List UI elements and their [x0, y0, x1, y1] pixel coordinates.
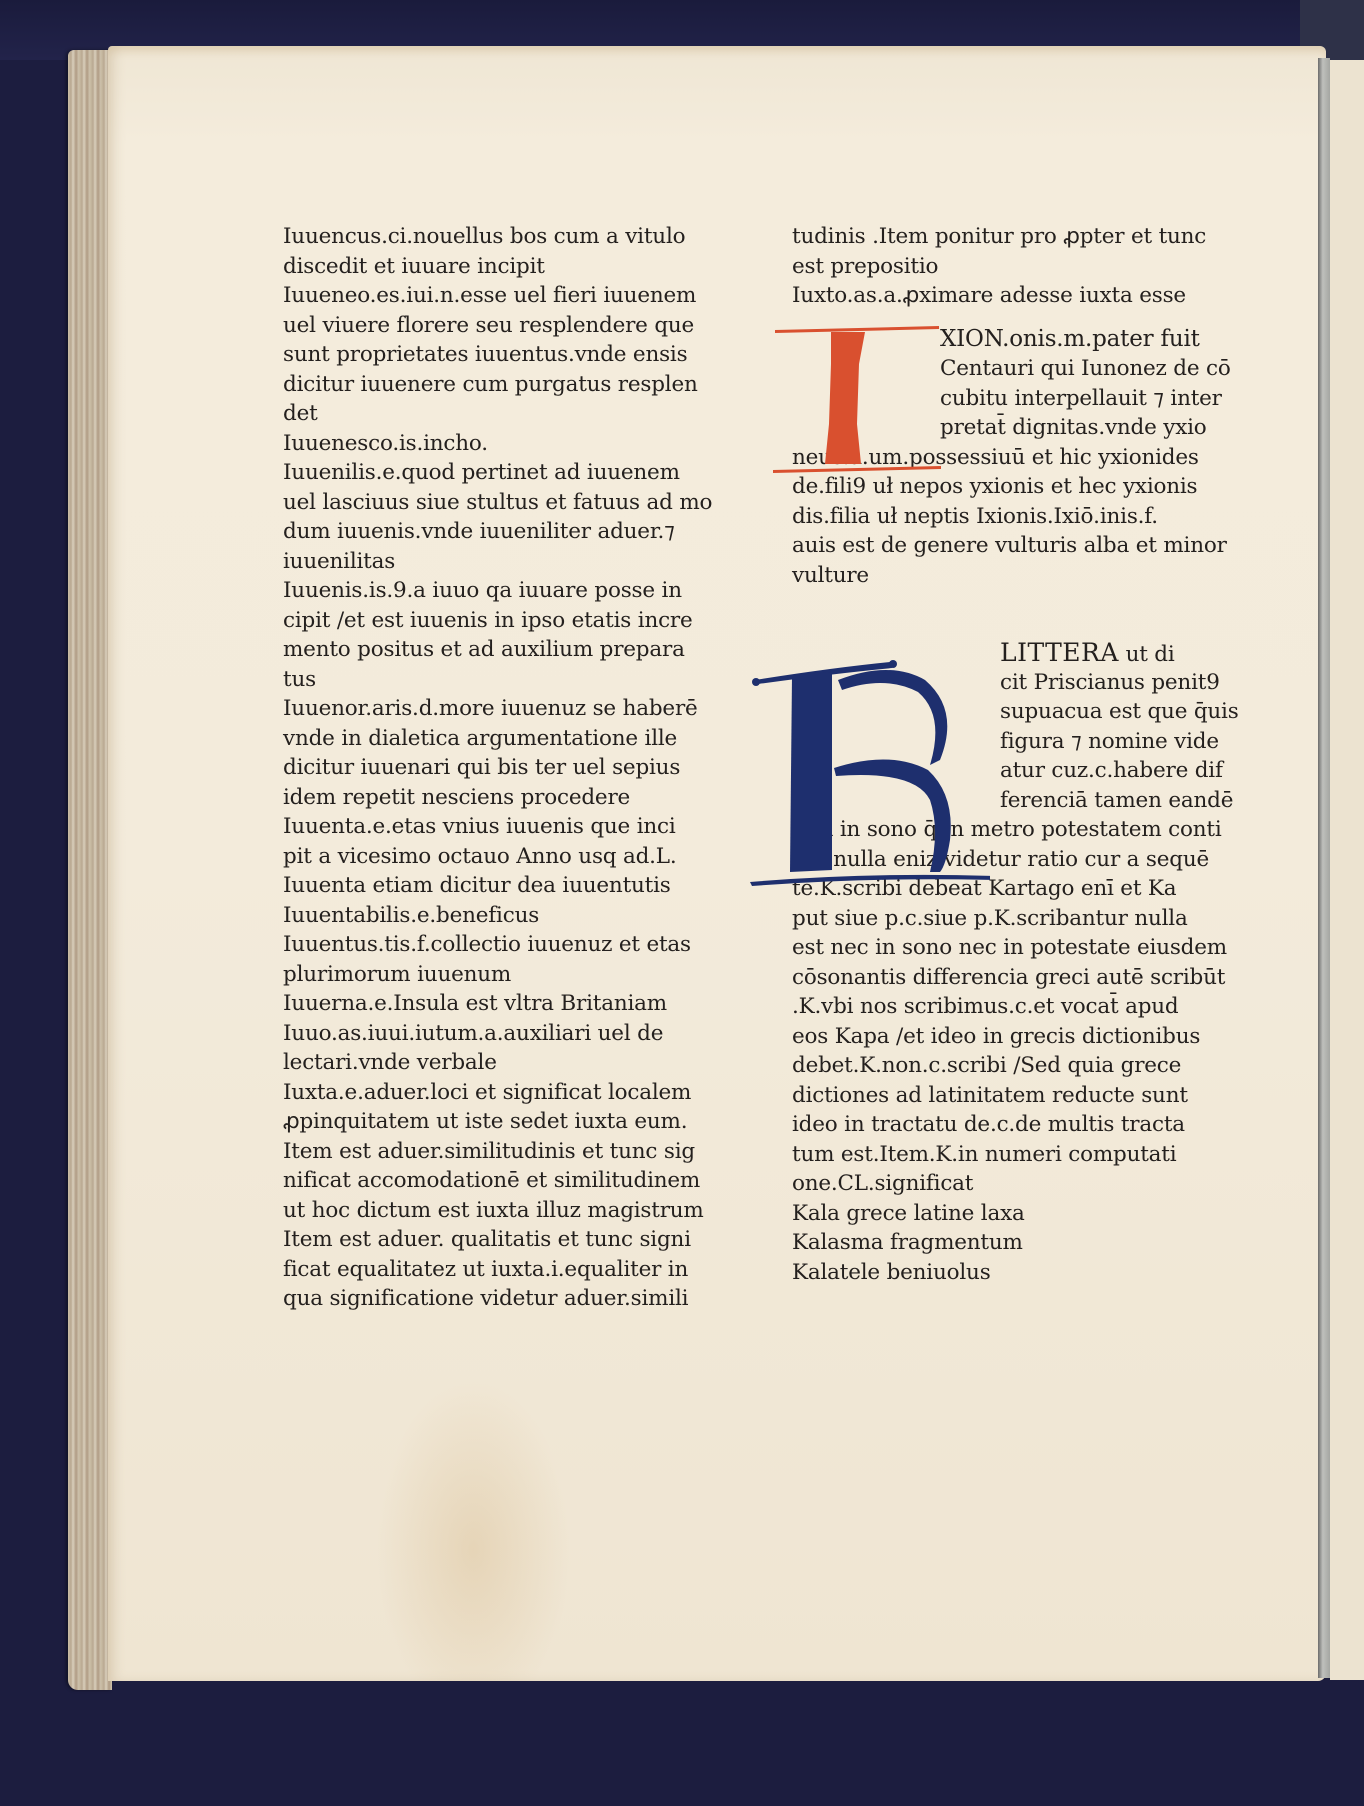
red-initial-i-icon [773, 324, 941, 474]
text-line: Iuxto.as.a.ꝓximare adesse iuxta esse [792, 281, 1242, 311]
text-line: Item est aduer. qualitatis et tunc signi [283, 1225, 723, 1255]
text-line: dum iuuenis.vnde iuueniliter aduer.⁊ [283, 517, 723, 547]
littera-heading: LITTERA [1000, 638, 1119, 667]
text-line: Iuuenis.is.9.a iuuo qa iuuare posse in [283, 576, 723, 606]
text-line: Iuueneo.es.iui.n.esse uel fieri iuuenem [283, 281, 723, 311]
text-line: iuuenilitas [283, 547, 723, 577]
page-fore-edge [68, 50, 112, 1690]
text-line: plurimorum iuuenum [283, 960, 723, 990]
text-line: tudinis .Item ponitur pro ꝓpter et tunc [792, 222, 1242, 252]
text-line: nificat accomodationē et similitudinem [283, 1166, 723, 1196]
text-line: ideo in tractatu de.c.de multis tracta [792, 1110, 1242, 1140]
text-line: Iuuenesco.is.incho. [283, 429, 723, 459]
text-line: Iuuo.as.iuui.iutum.a.auxiliari uel de [283, 1019, 723, 1049]
blue-initial-k-icon [750, 650, 990, 890]
text-line: qua significatione videtur aduer.simili [283, 1284, 723, 1314]
text-line: auis est de genere vulturis alba et mino… [792, 531, 1242, 561]
text-line: .K.vbi nos scribimus.c.et vocat̄ apud [792, 992, 1242, 1022]
text-line: lectari.vnde verbale [283, 1048, 723, 1078]
text-line: cipit /et est iuuenis in ipso etatis inc… [283, 606, 723, 636]
text-line: one.CL.significat [792, 1169, 1242, 1199]
text-line: discedit et iuuare incipit [283, 252, 723, 282]
text-line: Iuxta.e.aduer.loci et significat localem [283, 1078, 723, 1108]
text-line: Kalasma fragmentum [792, 1228, 1242, 1258]
facing-page-edge [1330, 60, 1364, 1680]
text-line: de.fili9 uł nepos yxionis et hec yxionis [792, 472, 1242, 502]
text-line: Kalatele beniuolus [792, 1258, 1242, 1288]
text-line: Iuuenilis.e.quod pertinet ad iuuenem [283, 458, 723, 488]
text-line: ut hoc dictum est iuxta illuz magistrum [283, 1196, 723, 1226]
text-line: vnde in dialetica argumentatione ille [283, 724, 723, 754]
text-line: Iuuentus.tis.f.collectio iuuenuz et etas [283, 930, 723, 960]
text-line: debet.K.non.c.scribi /Sed quia grece [792, 1051, 1242, 1081]
text-line: ficat equalitatez ut iuxta.i.equaliter i… [283, 1255, 723, 1285]
text-line: Iuuentabilis.e.beneficus [283, 901, 723, 931]
text-line: dis.filia uł neptis Ixionis.Ixiō.inis.f. [792, 502, 1242, 532]
book-gutter [1318, 58, 1330, 1678]
text-line: uel viuere florere seu resplendere que [283, 311, 723, 341]
text-line: Iuuenta etiam dicitur dea iuuentutis [283, 871, 723, 901]
text-line: est prepositio [792, 252, 1242, 282]
text-line: pit a vicesimo octauo Anno usq ad.L. [283, 842, 723, 872]
text-line: Iuuenor.aris.d.more iuuenuz se haberē [283, 694, 723, 724]
text-line: dicitur iuuenari qui bis ter uel sepius [283, 753, 723, 783]
left-text-column: Iuuencus.ci.nouellus bos cum a vitulo di… [283, 222, 723, 1314]
text-line: Iuuerna.e.Insula est vltra Britaniam [283, 989, 723, 1019]
text-line: vulture [792, 561, 1242, 591]
text-line: dictiones ad latinitatem reducte sunt [792, 1081, 1242, 1111]
text-line: dicitur iuuenere cum purgatus resplen [283, 370, 723, 400]
text-line: est nec in sono nec in potestate eiusdem [792, 933, 1242, 963]
text-line: tum est.Item.K.in numeri computati [792, 1140, 1242, 1170]
text-fragment: ut di [1126, 642, 1175, 667]
text-line: put siue p.c.siue p.K.scribantur nulla [792, 904, 1242, 934]
text-line: uel lasciuus siue stultus et fatuus ad m… [283, 488, 723, 518]
text-line: idem repetit nesciens procedere [283, 783, 723, 813]
text-line: eos Kapa /et ideo in grecis dictionibus [792, 1022, 1242, 1052]
text-line: tus [283, 665, 723, 695]
text-line: cōsonantis differencia greci autē scribū… [792, 963, 1242, 993]
text-line: det [283, 399, 723, 429]
text-line: Item est aduer.similitudinis et tunc sig [283, 1137, 723, 1167]
text-line: Iuuencus.ci.nouellus bos cum a vitulo [283, 222, 723, 252]
text-line: mento positus et ad auxilium prepara [283, 635, 723, 665]
text-line: sunt proprietates iuuentus.vnde ensis [283, 340, 723, 370]
text-line: Iuuenta.e.etas vnius iuuenis que inci [283, 812, 723, 842]
text-line: ꝓpinquitatem ut iste sedet iuxta eum. [283, 1107, 723, 1137]
text-line: Kala grece latine laxa [792, 1199, 1242, 1229]
